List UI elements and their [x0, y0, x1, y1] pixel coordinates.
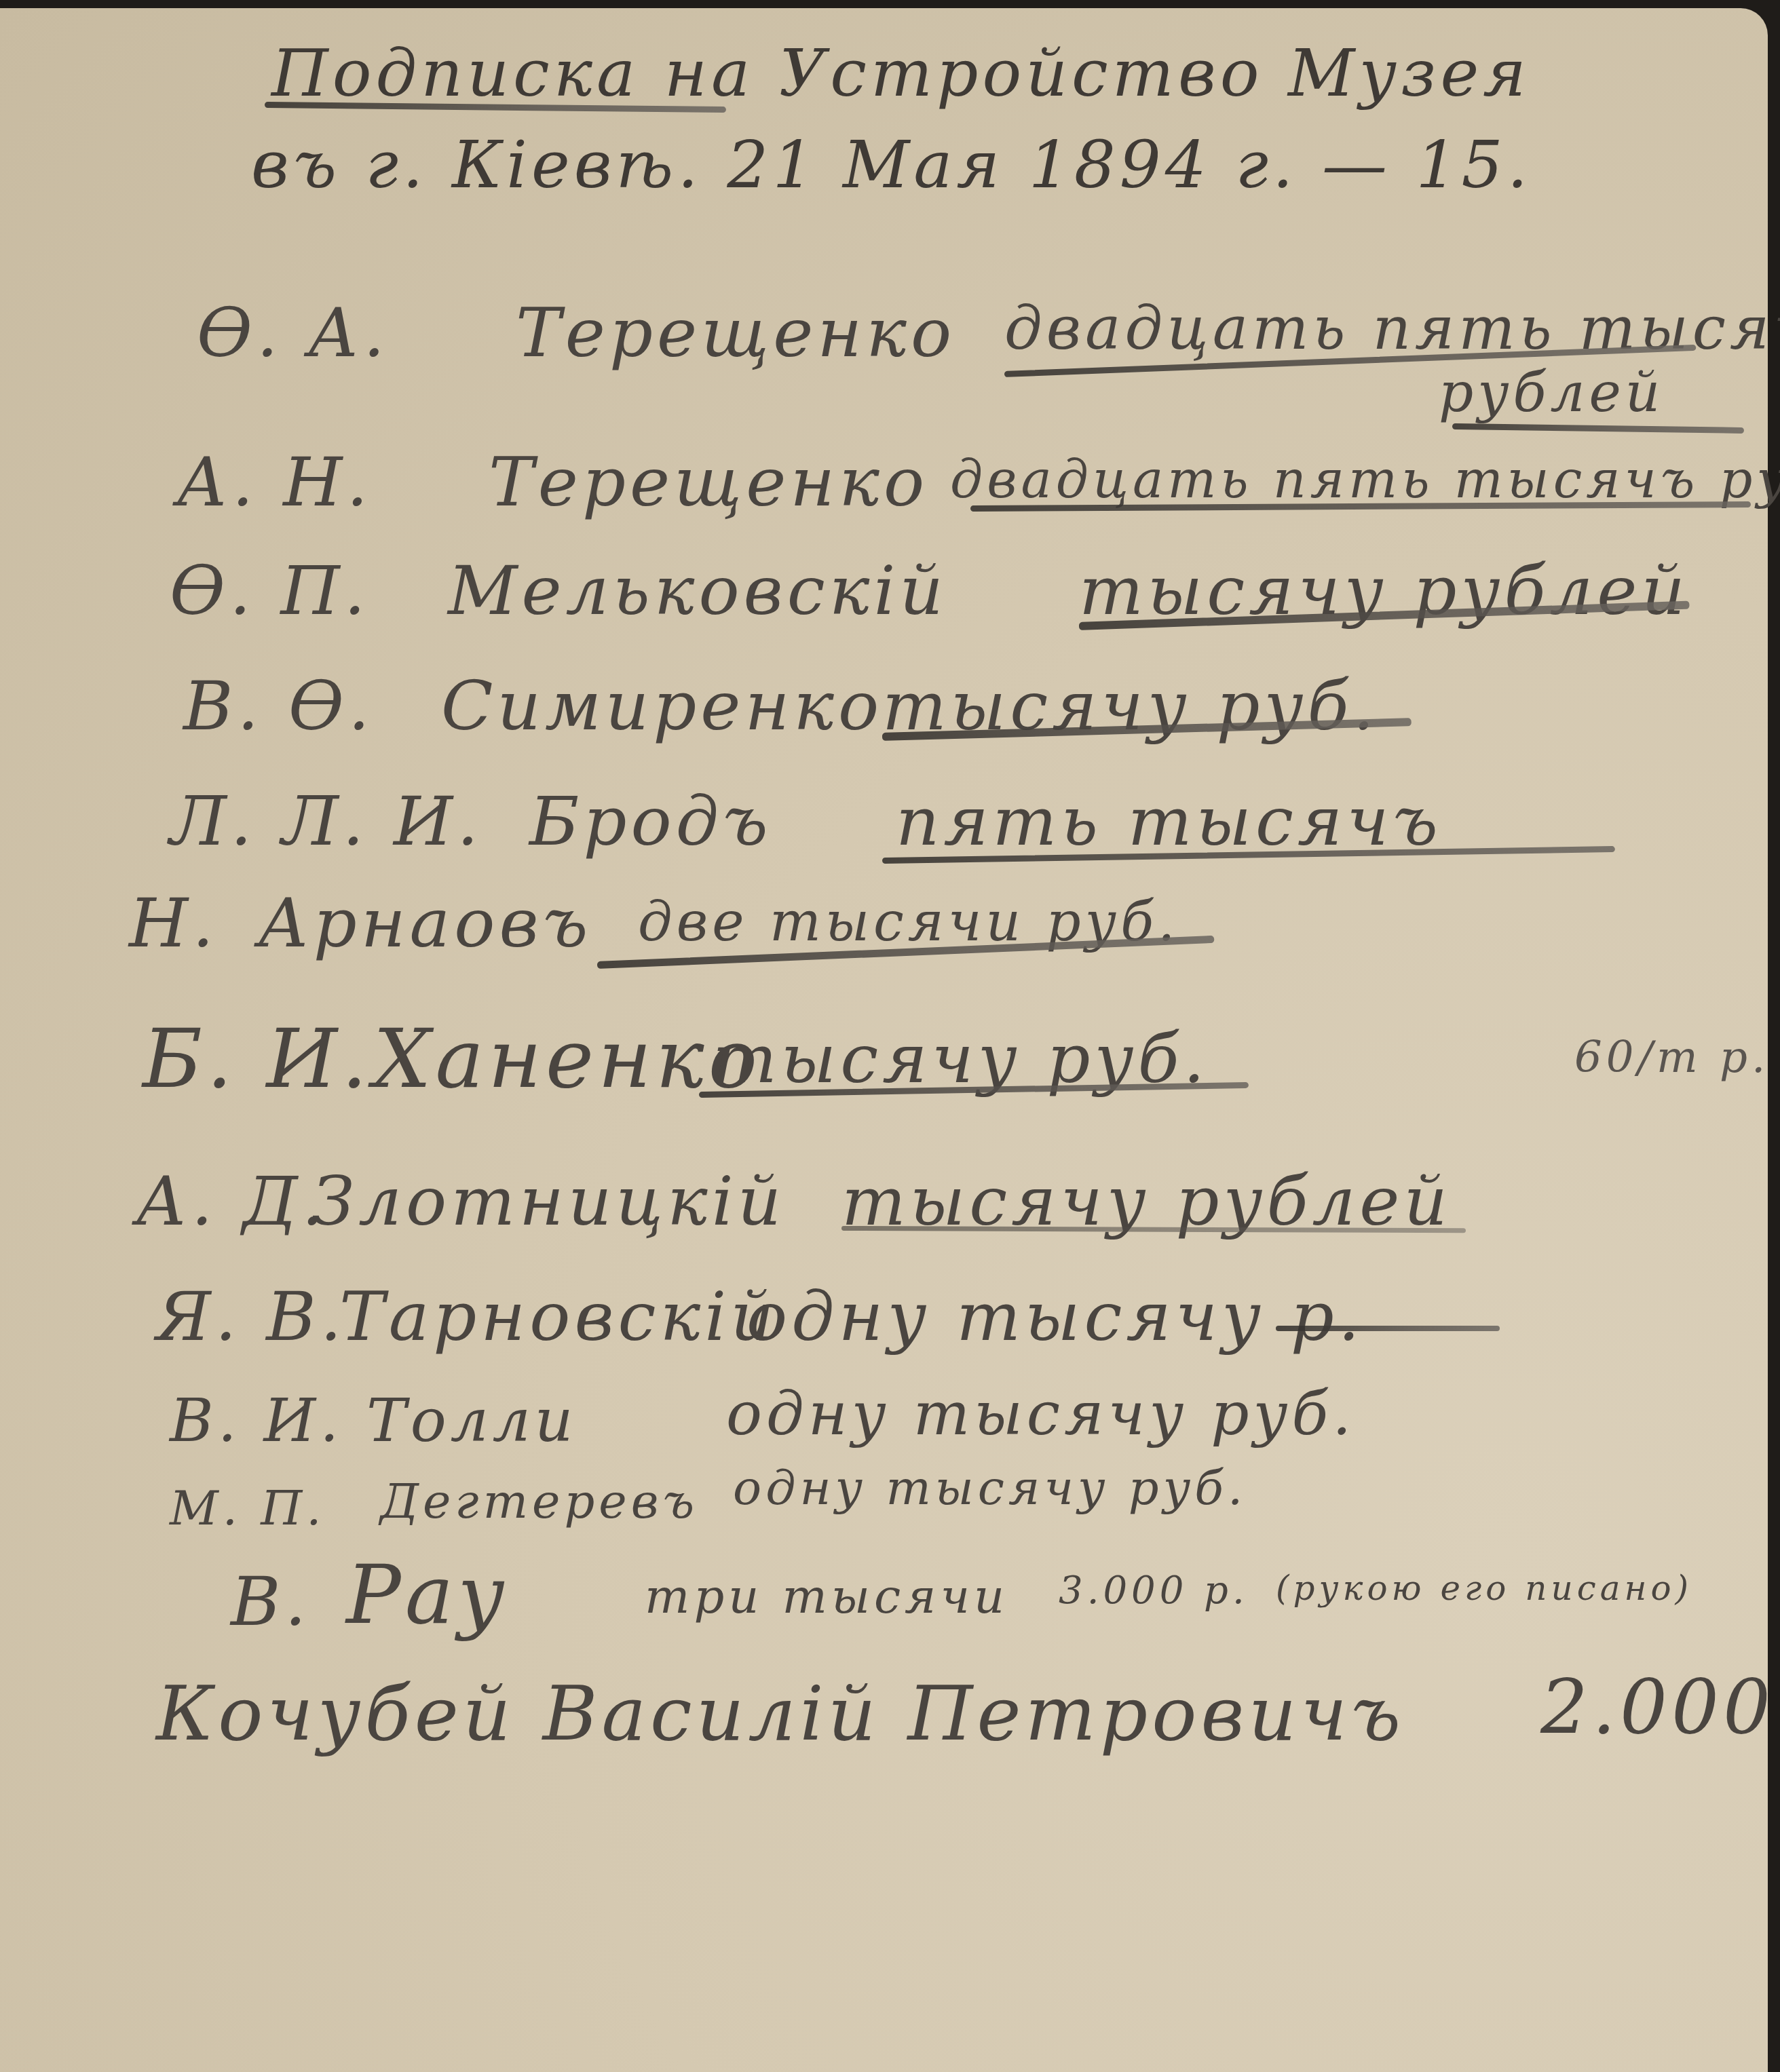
- entry-10-initials: В. И.: [170, 1385, 343, 1455]
- entry-5-initials: Л. Л. И.: [170, 782, 482, 861]
- entry-12-amount-figure: 3.000 р.: [1059, 1569, 1249, 1613]
- entry-8-name: Злотницкій: [312, 1162, 785, 1241]
- entry-1-amount: двадцать пять тысячъ: [1004, 293, 1780, 363]
- entry-9-amount: одну тысячу р.: [746, 1277, 1364, 1356]
- entry-13-amount: 2.000: [1540, 1664, 1775, 1750]
- entry-9-initials: Я. В.: [156, 1277, 346, 1356]
- entry-2-amount: двадцать пять тысячъ рублей: [950, 449, 1780, 510]
- title-line-1: Подписка на Устройство Музея: [271, 35, 1530, 111]
- entry-10-amount: одну тысячу руб.: [726, 1379, 1355, 1449]
- entry-5-amount: пять тысячъ: [896, 782, 1442, 861]
- entry-1-name: Терещенко: [516, 293, 955, 372]
- margin-note: 60/т р.: [1574, 1033, 1769, 1083]
- entry-3-name: Мельковскій: [448, 551, 947, 630]
- entry-9-dash: [1276, 1326, 1500, 1331]
- entry-5-name: Бродъ: [529, 782, 772, 861]
- entry-6-name: Арнаовъ: [258, 883, 592, 963]
- entry-13-name: Кочубей Василій Петровичъ: [156, 1670, 1405, 1757]
- entry-10-name: Толли: [366, 1385, 577, 1455]
- entry-12-note: (рукою его писано): [1276, 1569, 1692, 1608]
- entry-3-initials: Ѳ. П.: [170, 551, 370, 630]
- entry-9-name: Тарновскій: [339, 1277, 778, 1356]
- entry-1-initials: Ѳ. А.: [197, 293, 389, 372]
- entry-2-initials: А. Н.: [176, 442, 372, 522]
- entry-2-name: Терещенко: [489, 442, 928, 522]
- entry-4-initials: В. Ѳ.: [183, 666, 374, 746]
- entry-4-name: Симиренко: [441, 666, 883, 746]
- entry-11-amount: одну тысячу руб.: [733, 1460, 1247, 1516]
- entry-11-name: Дегтеревъ: [380, 1474, 698, 1529]
- entry-8-initials: А. Д.: [136, 1162, 327, 1241]
- title-line-2: въ г. Кіевѣ. 21 Мая 1894 г. — 15.: [251, 127, 1532, 203]
- entry-6-initials: Н.: [129, 883, 218, 963]
- entry-11-initials: М. П.: [170, 1480, 325, 1536]
- entry-1-underline-2: [1452, 423, 1744, 434]
- paper-sheet: Подписка на Устройство Музея въ г. Кіевѣ…: [0, 8, 1768, 2072]
- entry-12-amount: три тысячи: [645, 1569, 1008, 1624]
- entry-7-initials: Б. И.: [143, 1012, 371, 1107]
- entry-1-amount-cont: рублей: [1439, 361, 1664, 424]
- entry-12-initials: В.: [231, 1562, 310, 1641]
- entry-12-name: Рау: [346, 1548, 509, 1643]
